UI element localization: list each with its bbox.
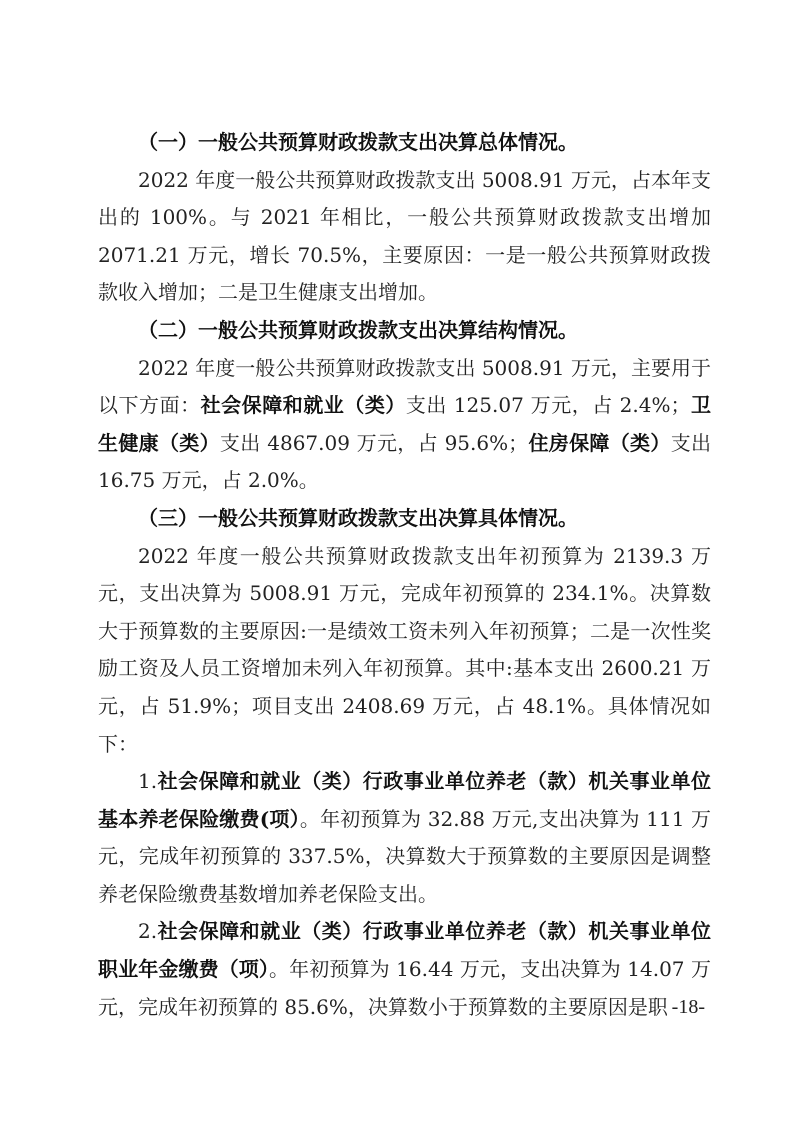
page-number: -18- [672,996,705,1019]
section-3-heading: （三）一般公共预算财政拨款支出决算具体情况。 [98,500,711,538]
text-run: 2022 年度一般公共预算财政拨款支出年初预算为 2139.3 万元，支出决算为… [98,544,711,756]
item-2-paragraph: 2.社会保障和就业（类）行政事业单位养老（款）机关事业单位职业年金缴费（项）。年… [98,913,711,1026]
text-run: 支出 4867.09 万元，占 95.6%； [220,431,528,455]
section-3-paragraph: 2022 年度一般公共预算财政拨款支出年初预算为 2139.3 万元，支出决算为… [98,538,711,764]
category-housing: 住房保障（类） [528,431,671,455]
item-1-paragraph: 1.社会保障和就业（类）行政事业单位养老（款）机关事业单位基本养老保险缴费(项）… [98,763,711,913]
section-2-paragraph: 2022 年度一般公共预算财政拨款支出 5008.91 万元，主要用于以下方面：… [98,350,711,500]
item-number: 1. [138,769,157,793]
document-body: （一）一般公共预算财政拨款支出决算总体情况。 2022 年度一般公共预算财政拨款… [98,124,711,1026]
text-run: 支出 125.07 万元，占 2.4%； [406,393,691,417]
section-2-heading: （二）一般公共预算财政拨款支出决算结构情况。 [98,312,711,350]
section-1-heading: （一）一般公共预算财政拨款支出决算总体情况。 [98,124,711,162]
text-run: 2022 年度一般公共预算财政拨款支出 5008.91 万元，占本年支出的 10… [98,168,711,305]
section-1-paragraph: 2022 年度一般公共预算财政拨款支出 5008.91 万元，占本年支出的 10… [98,162,711,312]
category-social-security: 社会保障和就业（类） [201,393,406,417]
item-number: 2. [138,919,157,943]
